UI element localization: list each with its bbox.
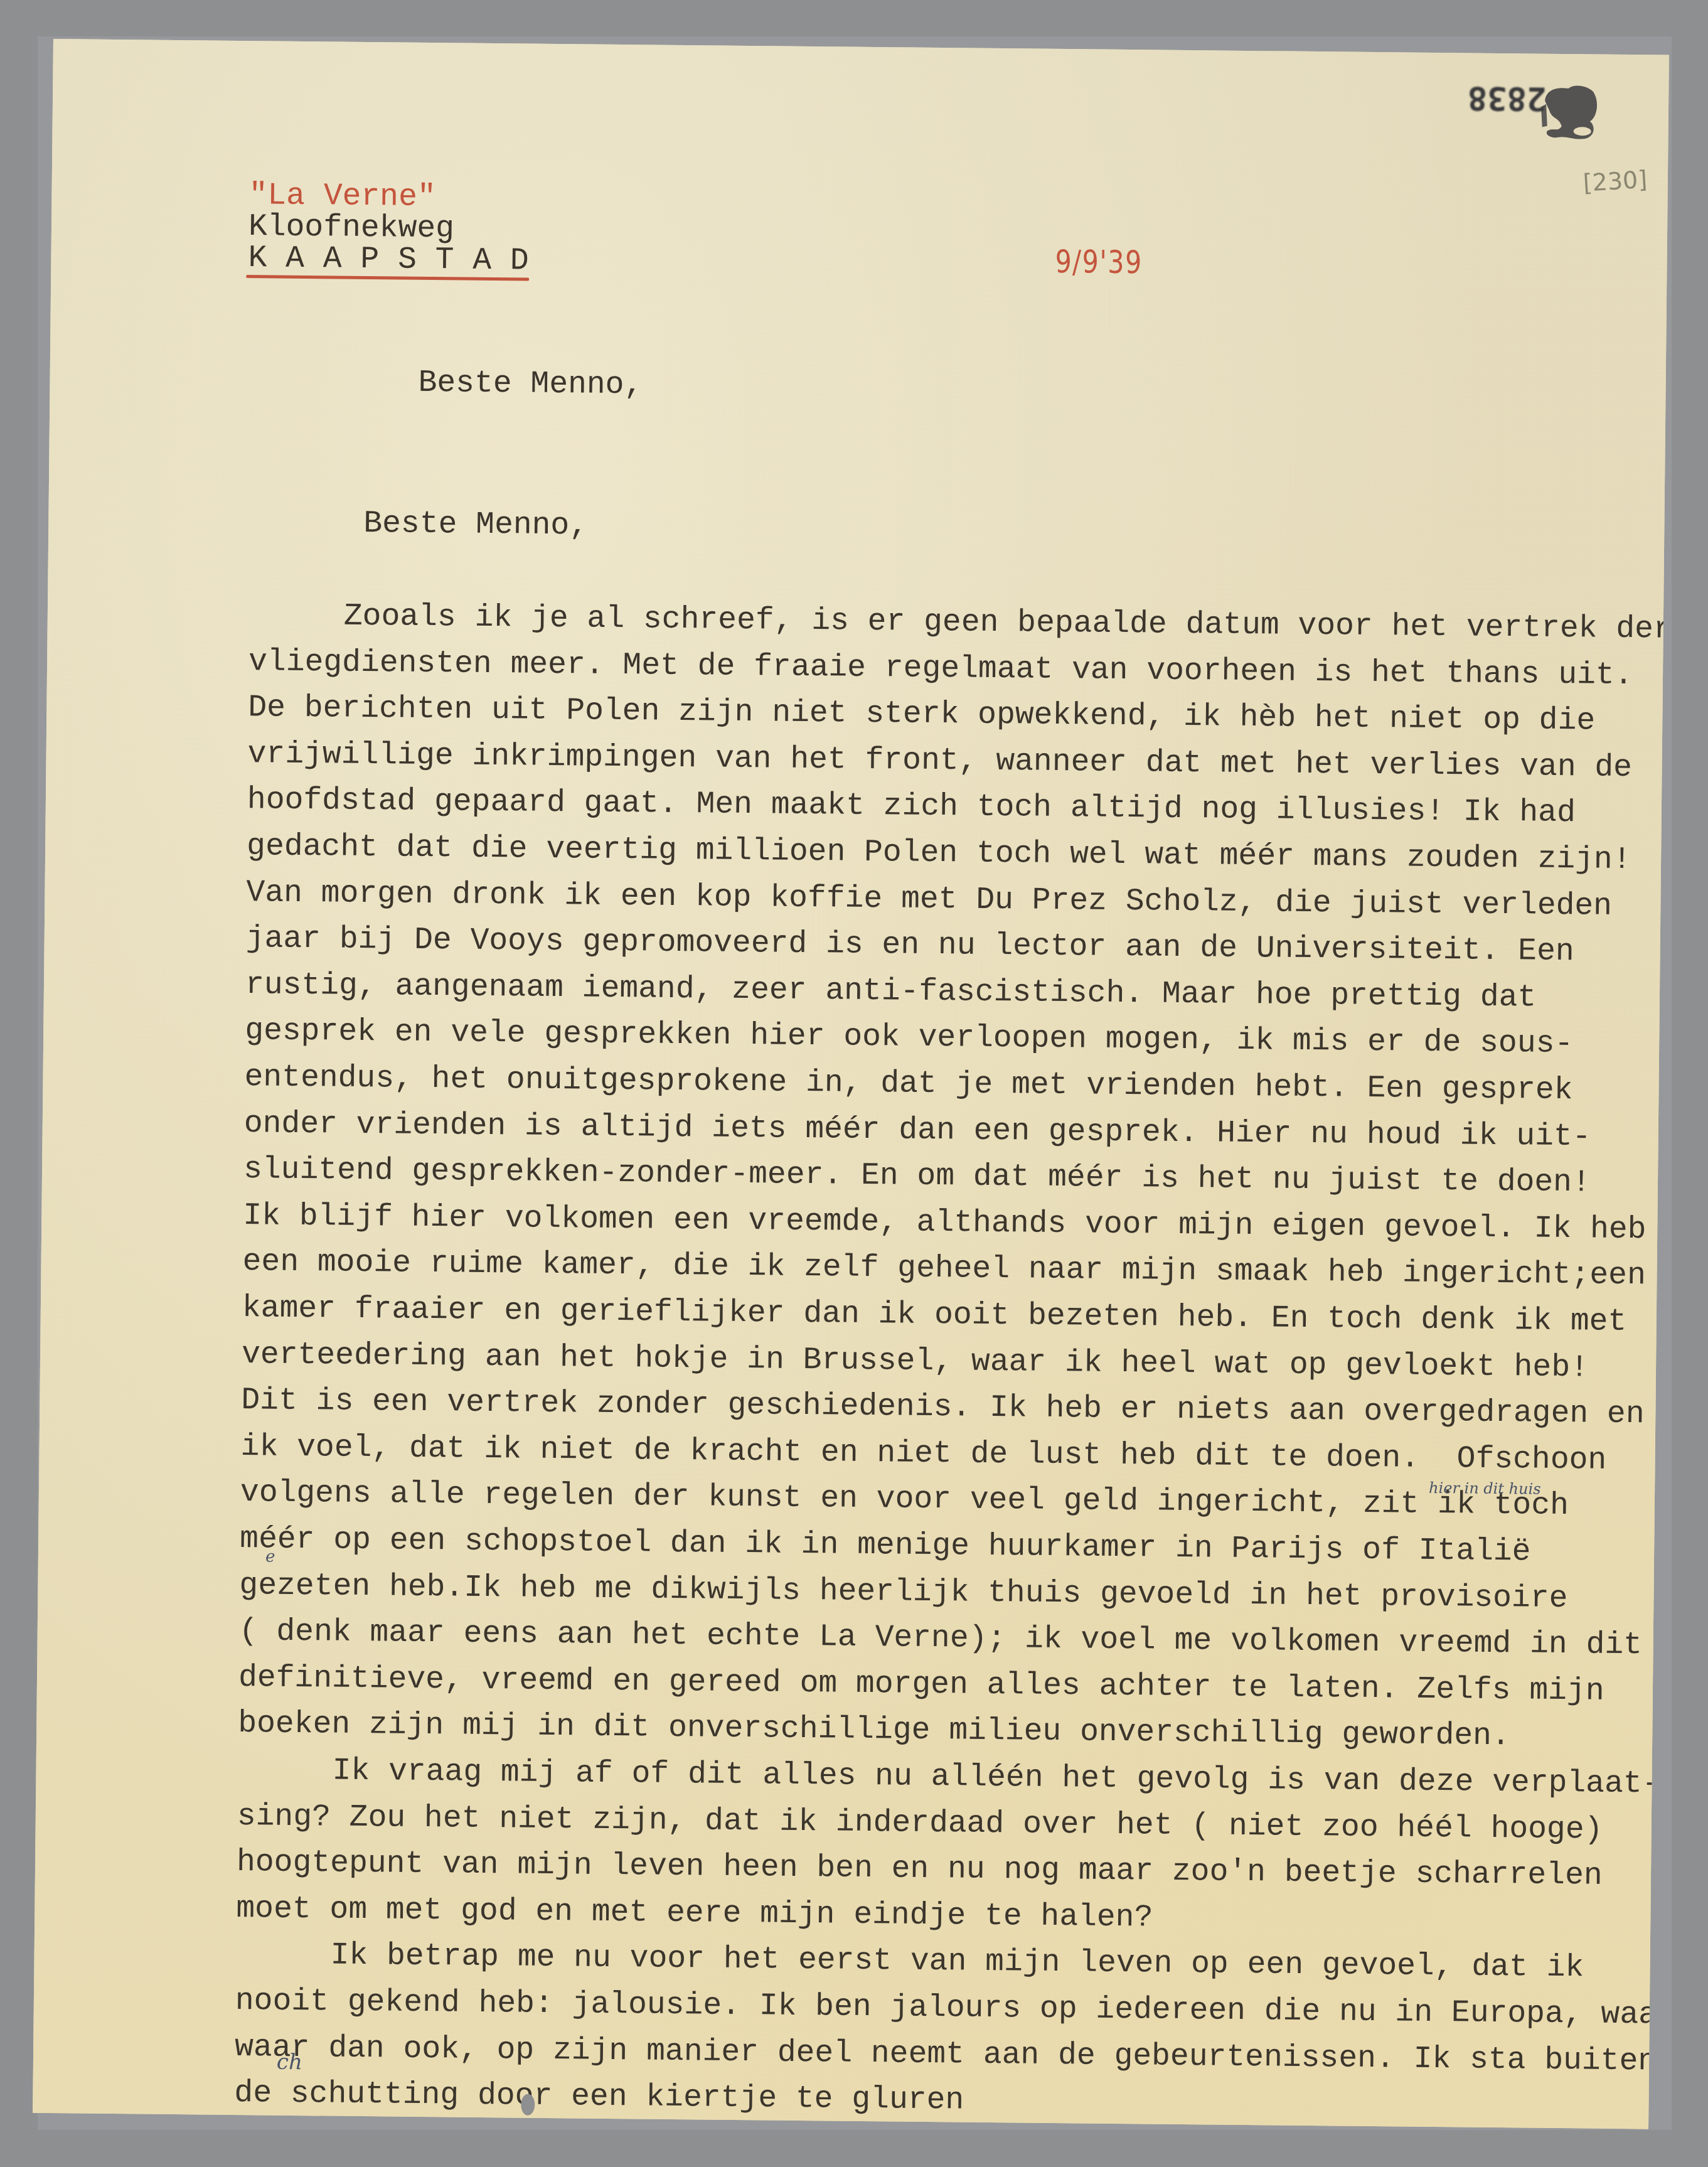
body-line: Van morgen dronk ik een kop koffie met D… <box>246 877 1612 922</box>
body-line: ( denk maar eens aan het echte La Verne)… <box>239 1616 1643 1661</box>
body-line: sluitend gesprekken-zonder-meer. En om d… <box>243 1154 1591 1199</box>
body-line: moet om met god en met eere mijn eindje … <box>236 1893 1153 1934</box>
letterhead-street: Kloofnekweg <box>248 211 454 245</box>
body-line: gesprek en vele gesprekken hier ook verl… <box>245 1015 1573 1060</box>
body-line: sing? Zou het niet zijn, dat ik inderdaa… <box>237 1801 1603 1846</box>
body-line: gedacht dat die veertig millioen Polen t… <box>247 831 1631 876</box>
body-line: boeken zijn mij in dit onverschillige mi… <box>238 1708 1510 1752</box>
body-line: kamer fraaier en gerieflijker dan ik ooi… <box>242 1293 1627 1338</box>
body-line: Zooals ik je al schreef, is er geen bepa… <box>344 601 1669 646</box>
body-line: Dit is een vertrek zonder geschiedenis. … <box>241 1385 1645 1430</box>
body-line: verteedering aan het hokje in Brussel, w… <box>242 1339 1589 1384</box>
body-line: een mooie ruime kamer, die ik zelf gehee… <box>242 1246 1646 1292</box>
handwritten-insert: e <box>265 1547 275 1566</box>
body-line: onder vrienden is altijd iets méér dan e… <box>244 1108 1591 1153</box>
body-line: waar dan ook, op zijn manier deel neemt … <box>235 2032 1657 2077</box>
letterhead-city: K A A P S T A D <box>248 243 529 277</box>
body-line: definitieve, vreemd en gereed om morgen … <box>238 1662 1604 1707</box>
body-line: Ik blijf hier volkomen een vreemde, alth… <box>243 1201 1647 1246</box>
handwritten-insert: hier in dit huis <box>1429 1479 1541 1498</box>
body-line: entendus, het onuitgesprokene in, dat je… <box>244 1062 1572 1106</box>
folio-number: [230] <box>1583 166 1648 197</box>
body-line: hoogtepunt van mijn leven heen ben en nu… <box>237 1847 1603 1891</box>
body-line: vliegdiensten meer. Met de fraaie regelm… <box>248 646 1633 692</box>
body-line: Ik betrap me nu voor het eerst van mijn … <box>330 1940 1584 1984</box>
body-line: volgens alle regelen der kunst en voor v… <box>240 1477 1569 1522</box>
body-line: nooit gekend heb: jalousie. Ik ben jalou… <box>235 1986 1669 2031</box>
body-line: Ik vraag mij af of dit alles nu alléén h… <box>332 1756 1660 1800</box>
letter-page: 2838 [230] "La Verne" Kloofnekweg K A A … <box>33 39 1669 2129</box>
salutation-2: Beste Menno, <box>363 508 588 542</box>
handwritten-insert: ch <box>277 2050 302 2075</box>
archive-stamp-blot-icon <box>1539 82 1599 142</box>
salutation-1: Beste Menno, <box>418 368 643 401</box>
body-line: ik voel, dat ik niet de kracht en niet d… <box>240 1431 1606 1476</box>
archive-stamp: 2838 <box>1433 81 1621 146</box>
body-line: méér op een schopstoel dan ik in menige … <box>240 1524 1531 1568</box>
body-line: hoofdstad gepaard gaat. Men maakt zich t… <box>247 784 1576 829</box>
body-line: rustig, aangenaam iemand, zeer anti-fasc… <box>245 970 1537 1014</box>
body-line: de schutting door een kiertje te gluren <box>234 2078 964 2116</box>
letterhead-house-name: "La Verne" <box>248 180 436 213</box>
body-line: jaar bij De Vooys gepromoveerd is en nu … <box>246 923 1574 968</box>
letter-date: 9/9'39 <box>1055 243 1143 281</box>
body-line: De berichten uit Polen zijn niet sterk o… <box>248 692 1595 737</box>
body-line: vrijwillige inkrimpingen van het front, … <box>247 739 1632 784</box>
archive-stamp-number: 2838 <box>1468 78 1547 117</box>
body-line: gezeten heb.Ik heb me dikwijls heerlijk … <box>239 1570 1567 1615</box>
